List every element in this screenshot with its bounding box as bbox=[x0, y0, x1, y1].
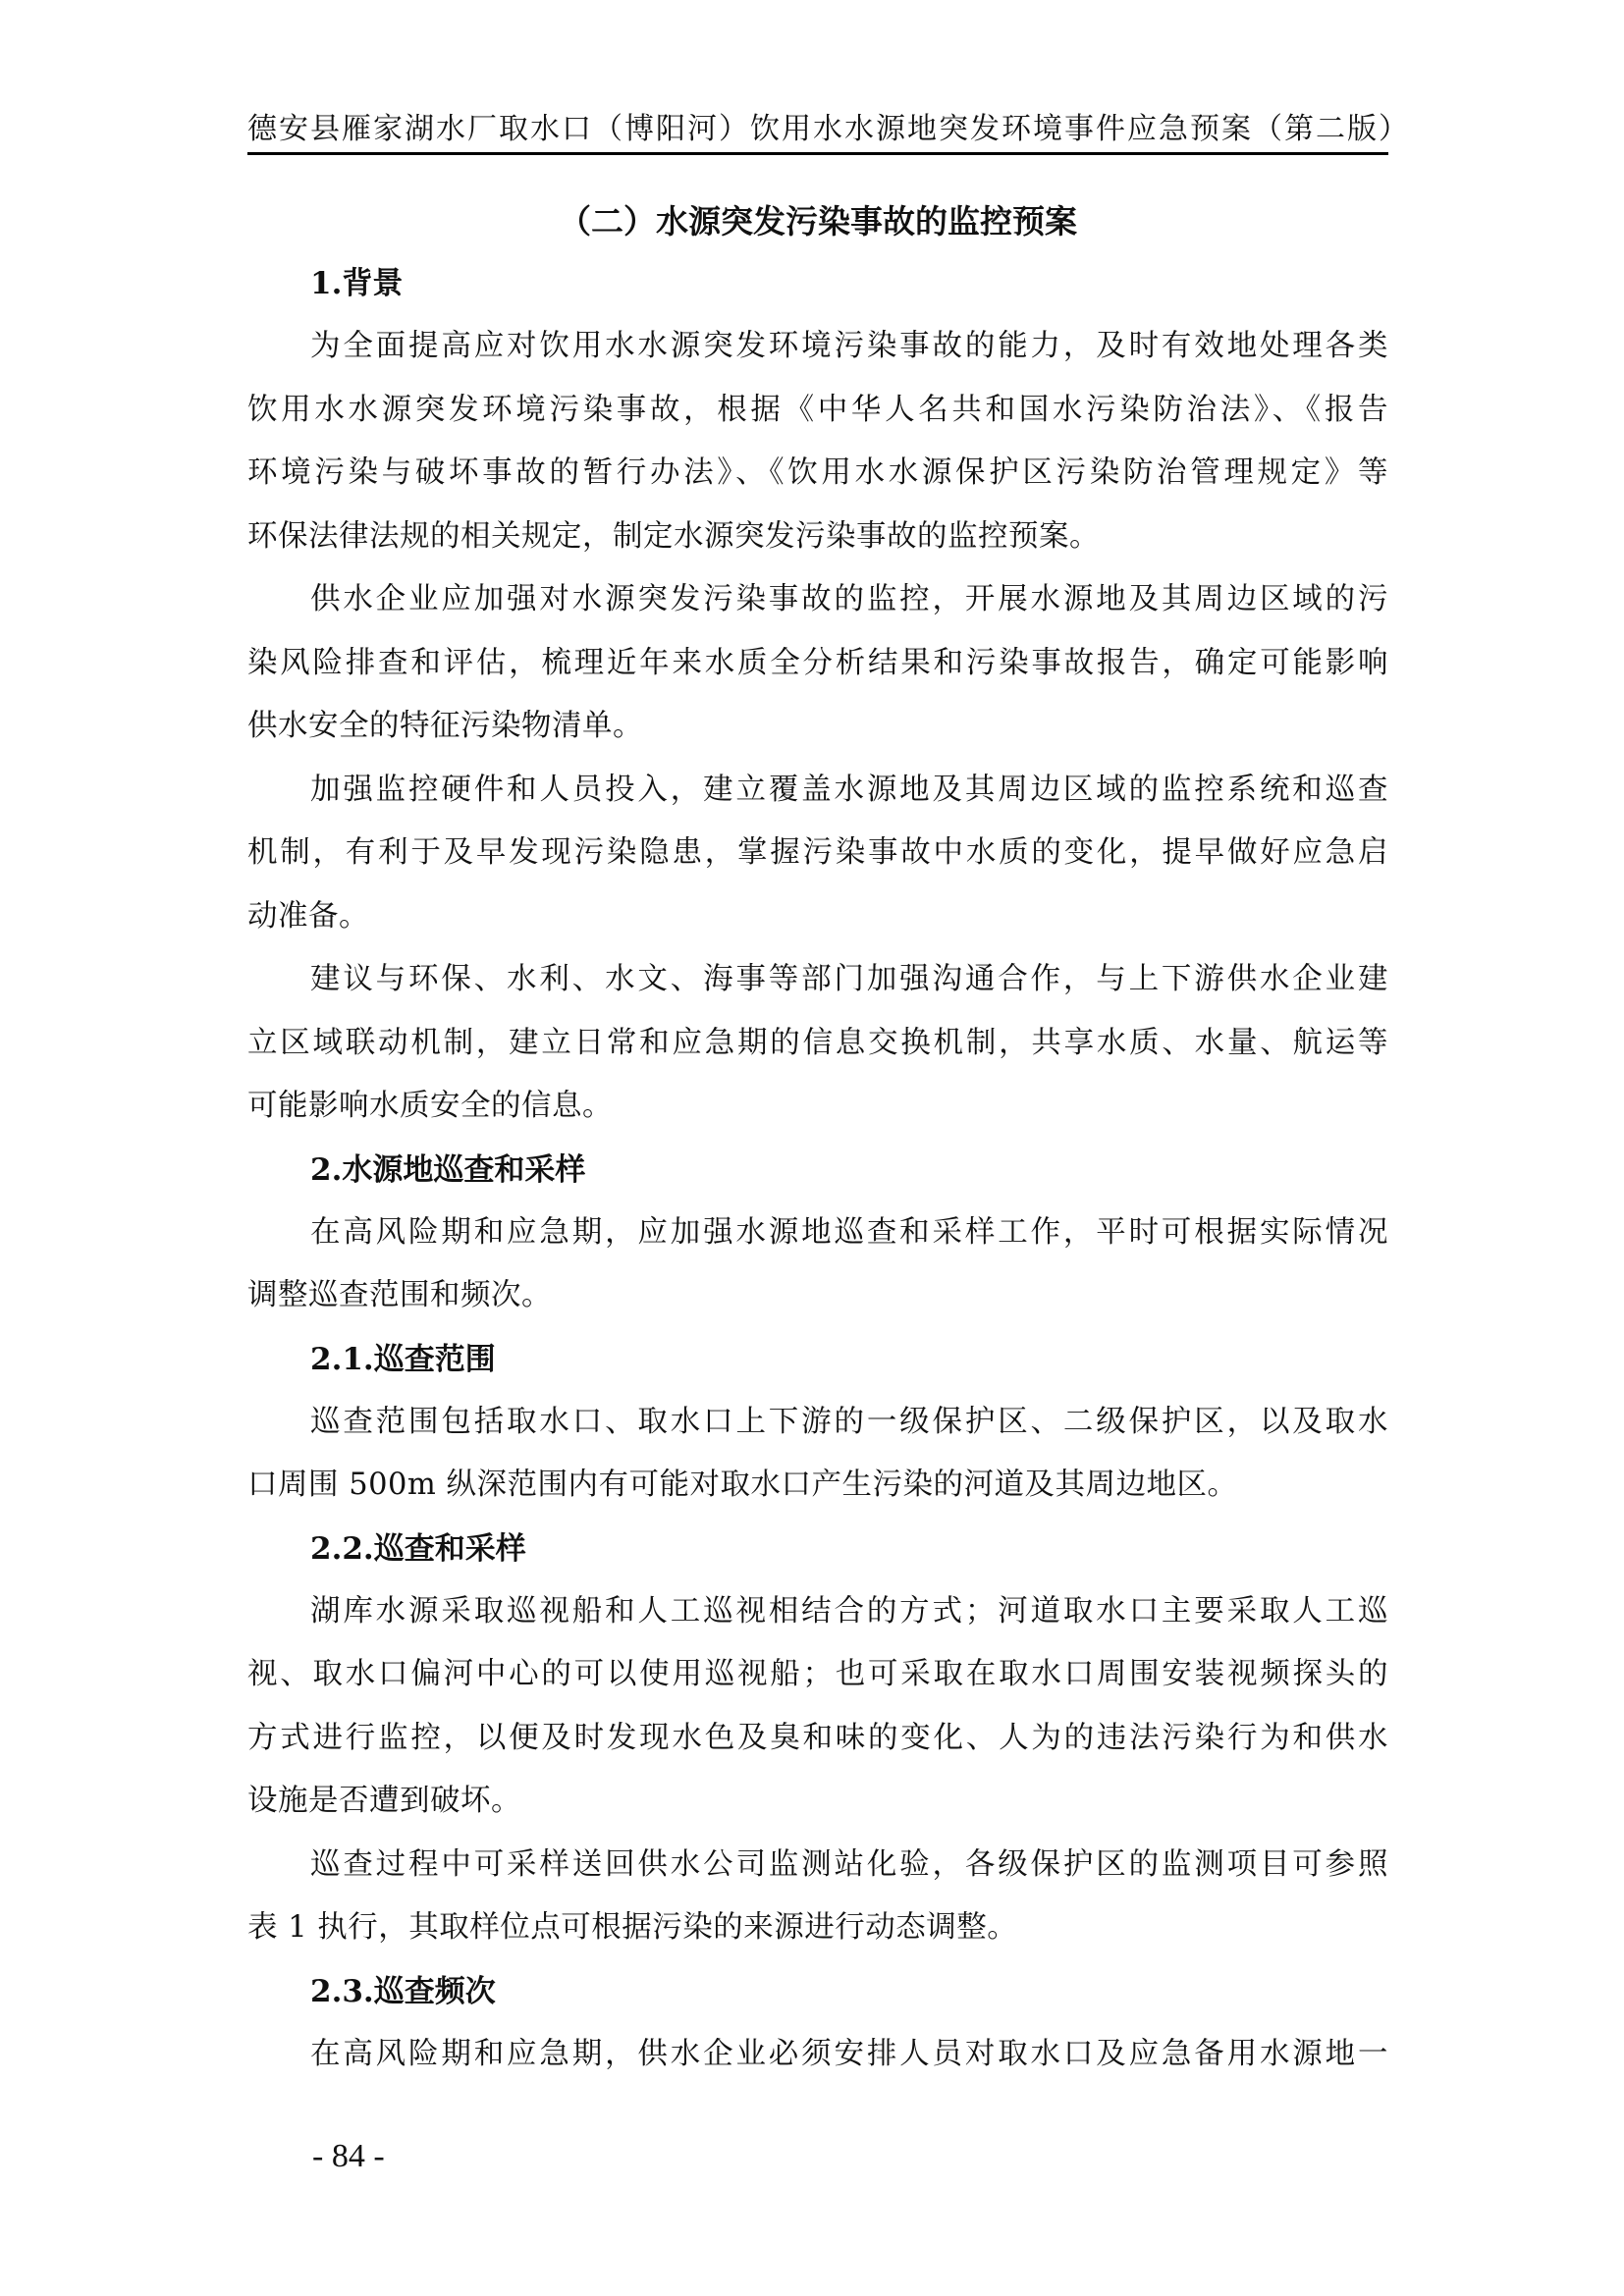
heading-patrol-sampling: 2.2.巡查和采样 bbox=[247, 1518, 1388, 1580]
paragraph-line: 供水安全的特征污染物清单。 bbox=[247, 695, 1388, 759]
paragraph-line: 在高风险期和应急期，应加强水源地巡查和采样工作，平时可根据实际情况 bbox=[247, 1201, 1388, 1265]
paragraph-line: 调整巡查范围和频次。 bbox=[247, 1264, 1388, 1328]
header-rule bbox=[247, 152, 1388, 155]
heading-inspection-sampling: 2.水源地巡查和采样 bbox=[247, 1139, 1388, 1201]
paragraph-line: 方式进行监控，以便及时发现水色及臭和味的变化、人为的违法污染行为和供水 bbox=[247, 1707, 1388, 1771]
paragraph-line: 饮用水水源突发环境污染事故，根据《中华人名共和国水污染防治法》、《报告 bbox=[247, 379, 1388, 443]
paragraph-line: 为全面提高应对饮用水水源突发环境污染事故的能力，及时有效地处理各类 bbox=[247, 315, 1388, 379]
paragraph-line: 供水企业应加强对水源突发污染事故的监控，开展水源地及其周边区域的污 bbox=[247, 568, 1388, 632]
paragraph-line: 动准备。 bbox=[247, 885, 1388, 949]
paragraph-line: 环境污染与破坏事故的暂行办法》、《饮用水水源保护区污染防治管理规定》等 bbox=[247, 442, 1388, 506]
paragraph-line: 立区域联动机制，建立日常和应急期的信息交换机制，共享水质、水量、航运等 bbox=[247, 1012, 1388, 1076]
paragraph: 为全面提高应对饮用水水源突发环境污染事故的能力，及时有效地处理各类 饮用水水源突… bbox=[247, 315, 1388, 568]
paragraph-line: 湖库水源采取巡视船和人工巡视相结合的方式；河道取水口主要采取人工巡 bbox=[247, 1580, 1388, 1644]
paragraph-line: 巡查范围包括取水口、取水口上下游的一级保护区、二级保护区，以及取水 bbox=[247, 1391, 1388, 1455]
paragraph-line: 口周围 500m 纵深范围内有可能对取水口产生污染的河道及其周边地区。 bbox=[247, 1454, 1388, 1518]
paragraph-line: 设施是否遭到破坏。 bbox=[247, 1770, 1388, 1834]
paragraph: 巡查过程中可采样送回供水公司监测站化验，各级保护区的监测项目可参照 表 1 执行… bbox=[247, 1834, 1388, 1960]
paragraph: 在高风险期和应急期，应加强水源地巡查和采样工作，平时可根据实际情况 调整巡查范围… bbox=[247, 1201, 1388, 1328]
paragraph: 建议与环保、水利、水文、海事等部门加强沟通合作，与上下游供水企业建 立区域联动机… bbox=[247, 948, 1388, 1139]
heading-background: 1.背景 bbox=[247, 252, 1388, 315]
page-number: - 84 - bbox=[312, 2138, 385, 2175]
paragraph-line: 环保法律法规的相关规定，制定水源突发污染事故的监控预案。 bbox=[247, 506, 1388, 569]
running-header: 德安县雁家湖水厂取水口（博阳河）饮用水水源地突发环境事件应急预案（第二版） bbox=[247, 110, 1388, 149]
paragraph: 供水企业应加强对水源突发污染事故的监控，开展水源地及其周边区域的污 染风险排查和… bbox=[247, 568, 1388, 759]
heading-inspection-scope: 2.1.巡查范围 bbox=[247, 1328, 1388, 1391]
paragraph-line: 建议与环保、水利、水文、海事等部门加强沟通合作，与上下游供水企业建 bbox=[247, 948, 1388, 1012]
paragraph: 巡查范围包括取水口、取水口上下游的一级保护区、二级保护区，以及取水 口周围 50… bbox=[247, 1391, 1388, 1518]
paragraph-line: 表 1 执行，其取样位点可根据污染的来源进行动态调整。 bbox=[247, 1896, 1388, 1960]
paragraph-line: 在高风险期和应急期，供水企业必须安排人员对取水口及应急备用水源地一 bbox=[247, 2023, 1388, 2087]
paragraph: 在高风险期和应急期，供水企业必须安排人员对取水口及应急备用水源地一 bbox=[247, 2023, 1388, 2087]
page-body: （二）水源突发污染事故的监控预案 1.背景 为全面提高应对饮用水水源突发环境污染… bbox=[247, 191, 1388, 2086]
paragraph-line: 染风险排查和评估，梳理近年来水质全分析结果和污染事故报告，确定可能影响 bbox=[247, 632, 1388, 696]
heading-inspection-frequency: 2.3.巡查频次 bbox=[247, 1960, 1388, 2023]
paragraph-line: 视、取水口偏河中心的可以使用巡视船；也可采取在取水口周围安装视频探头的 bbox=[247, 1643, 1388, 1707]
section-title: （二）水源突发污染事故的监控预案 bbox=[247, 191, 1388, 252]
paragraph-line: 加强监控硬件和人员投入，建立覆盖水源地及其周边区域的监控系统和巡查 bbox=[247, 759, 1388, 823]
paragraph-line: 机制，有利于及早发现污染隐患，掌握污染事故中水质的变化，提早做好应急启 bbox=[247, 822, 1388, 885]
paragraph: 湖库水源采取巡视船和人工巡视相结合的方式；河道取水口主要采取人工巡 视、取水口偏… bbox=[247, 1580, 1388, 1834]
paragraph-line: 巡查过程中可采样送回供水公司监测站化验，各级保护区的监测项目可参照 bbox=[247, 1834, 1388, 1897]
paragraph-line: 可能影响水质安全的信息。 bbox=[247, 1075, 1388, 1139]
paragraph: 加强监控硬件和人员投入，建立覆盖水源地及其周边区域的监控系统和巡查 机制，有利于… bbox=[247, 759, 1388, 949]
